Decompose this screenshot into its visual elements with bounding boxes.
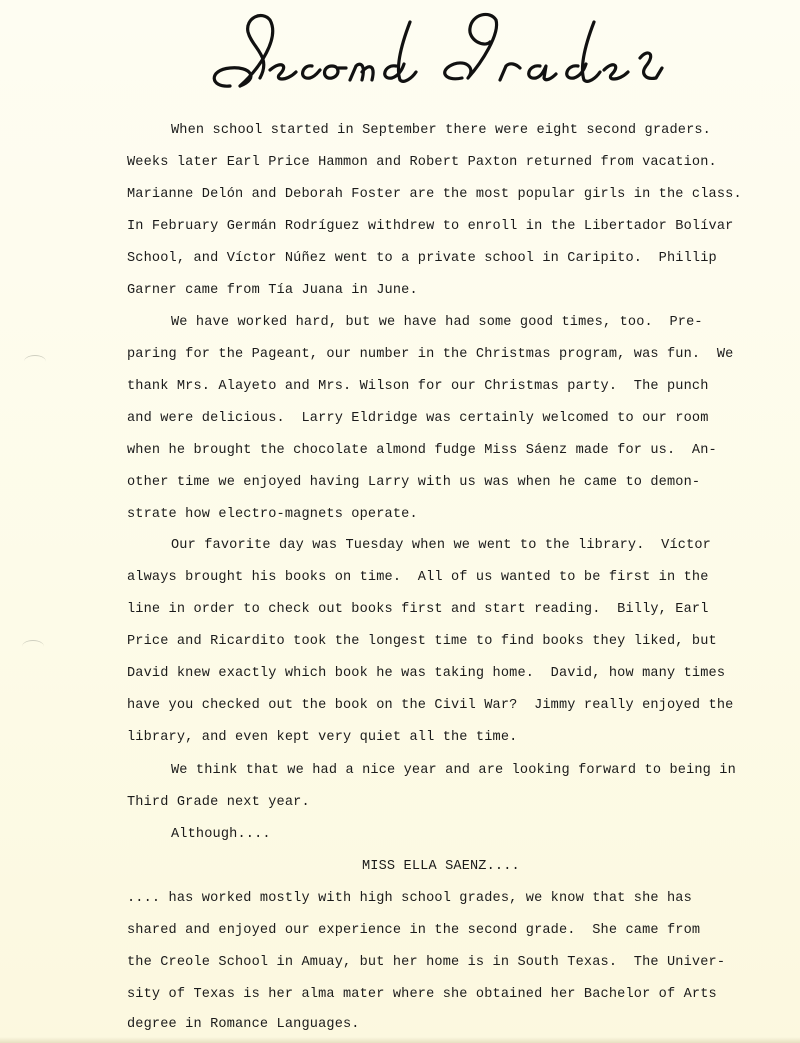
paragraph-4-line-2: Third Grade next year.: [127, 794, 310, 812]
paragraph-2-line-1: We have worked hard, but we have had som…: [171, 314, 703, 332]
teacher-heading: MISS ELLA SAENZ....: [362, 858, 520, 876]
page-title-text: Second Grade: [200, 8, 680, 98]
paragraph-1-line-6: Garner came from Tía Juana in June.: [127, 282, 418, 300]
paragraph-2-line-6: other time we enjoyed having Larry with …: [127, 474, 700, 492]
binder-hole-mark-bottom: [22, 640, 44, 653]
paragraph-3-line-1: Our favorite day was Tuesday when we wen…: [171, 537, 711, 555]
page-title: Second Grade: [200, 8, 680, 98]
paragraph-7-line-1: .... has worked mostly with high school …: [127, 890, 692, 908]
page-bottom-edge: [0, 1037, 800, 1043]
paragraph-1-line-3: Marianne Delón and Deborah Foster are th…: [127, 186, 742, 204]
paragraph-3-line-7: library, and even kept very quiet all th…: [127, 729, 517, 747]
paragraph-3-line-3: line in order to check out books first a…: [127, 601, 709, 619]
paragraph-2-line-4: and were delicious. Larry Eldridge was c…: [127, 410, 709, 428]
paragraph-2-line-2: paring for the Pageant, our number in th…: [127, 346, 733, 364]
paragraph-7-line-5: degree in Romance Languages.: [127, 1016, 360, 1034]
paragraph-2-line-7: strate how electro-magnets operate.: [127, 506, 418, 524]
paragraph-7-line-4: sity of Texas is her alma mater where sh…: [127, 986, 717, 1004]
paragraph-4-line-1: We think that we had a nice year and are…: [171, 762, 736, 780]
paragraph-2-line-3: thank Mrs. Alayeto and Mrs. Wilson for o…: [127, 378, 709, 396]
document-page: Second Grade When school started in Sept…: [0, 0, 800, 1043]
although-line: Although....: [171, 826, 271, 844]
paragraph-3-line-2: always brought his books on time. All of…: [127, 569, 709, 587]
paragraph-1-line-2: Weeks later Earl Price Hammon and Robert…: [127, 154, 717, 172]
paragraph-1-line-5: School, and Víctor Núñez went to a priva…: [127, 250, 717, 268]
paragraph-7-line-3: the Creole School in Amuay, but her home…: [127, 954, 725, 972]
paragraph-3-line-5: David knew exactly which book he was tak…: [127, 665, 725, 683]
paragraph-3-line-4: Price and Ricardito took the longest tim…: [127, 633, 717, 651]
binder-hole-mark-top: [24, 355, 46, 368]
paragraph-7-line-2: shared and enjoyed our experience in the…: [127, 922, 700, 940]
paragraph-3-line-6: have you checked out the book on the Civ…: [127, 697, 733, 715]
paragraph-2-line-5: when he brought the chocolate almond fud…: [127, 442, 717, 460]
paragraph-1-line-4: In February Germán Rodríguez withdrew to…: [127, 218, 733, 236]
paragraph-1-line-1: When school started in September there w…: [171, 122, 711, 140]
